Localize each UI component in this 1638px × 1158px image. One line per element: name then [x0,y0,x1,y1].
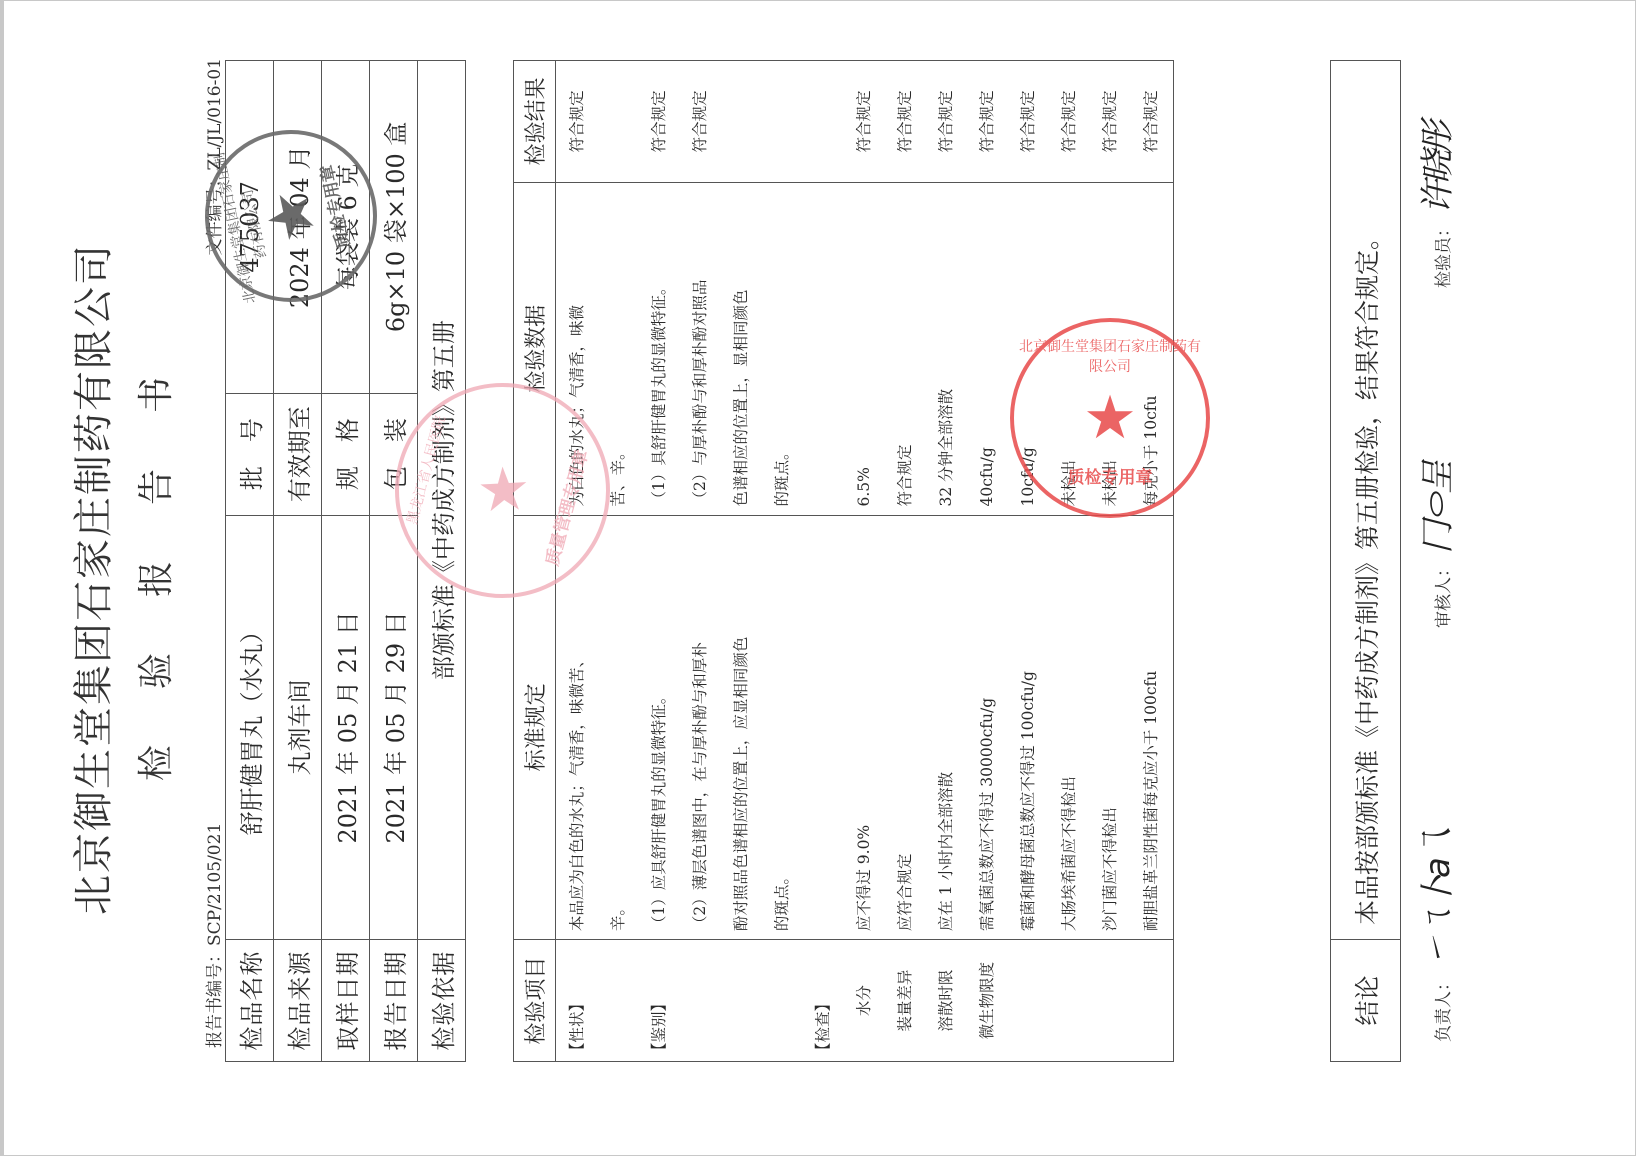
star-icon: ★ [467,457,539,524]
product-name-value: 舒肝健胃丸（水丸） [226,515,274,940]
company-title: 北京御生堂集团石家庄制药有限公司 [62,0,119,1158]
handwritten-signature: 冂㇣呈 [1418,464,1458,554]
standard-line: 应不得过 9.0% [844,517,885,932]
standard-line: 大肠埃希菌应不得检出 [1049,517,1090,932]
data-line: 符合规定 [885,184,926,507]
standard-line: 耐胆盐革兰阴性菌每克应小于 100cfu [1131,517,1172,932]
report-number-value: SCP/2105/021 [205,823,225,946]
title-char: 检 [136,745,177,781]
data-line: （1）具舒肝健胃丸的显微特征。 [639,184,680,507]
source-label: 检品来源 [274,940,322,1062]
inspector-label: 检验员： [1434,220,1454,288]
inspection-item: 溶散时限 [926,941,967,1060]
data-line: 32 分钟全部溶散 [926,184,967,507]
responsible-signature: 负责人：㇀ㄟ卜a乁 [1410,831,1459,1042]
inspection-item: 装量差异 [885,941,926,1060]
result-line: 符合规定 [639,62,680,181]
result-line: 符合规定 [1049,62,1090,181]
inspection-report-page: 北京御生堂集团石家庄制药有限公司 检验报告书 报告书编号：SCP/2105/02… [0,0,1638,1158]
standard-line: （2）薄层色谱图中，在与厚朴酚与和厚朴 [680,517,721,932]
result-line: 符合规定 [680,62,721,181]
inspector-signature: 检验员：许晓彤 [1410,124,1459,288]
star-icon: ★ [1083,388,1137,448]
reviewer-signature: 审核人：冂㇣呈 [1410,464,1459,628]
standard-line: 辛。 [598,517,639,932]
standard-line: 酚对照品色谱相应的位置上，应显相同颜色 [721,517,762,932]
result-line: 符合规定 [926,62,967,181]
header-item: 检验项目 [514,940,556,1062]
title-char: 书 [136,377,177,413]
conclusion-table: 结论 本品按部颁标准《中药成方制剂》第五册检验，结果符合规定。 [1330,60,1401,1062]
conclusion-text: 本品按部颁标准《中药成方制剂》第五册检验，结果符合规定。 [1331,61,1401,940]
reviewer-label: 审核人： [1434,560,1454,628]
inspection-item: 水分 [844,941,885,1060]
table-row: 结论 本品按部颁标准《中药成方制剂》第五册检验，结果符合规定。 [1331,61,1401,1062]
title-char: 告 [136,469,177,505]
result-line: 符合规定 [1090,62,1131,181]
conclusion-label: 结论 [1331,940,1401,1062]
spec-label: 规 格 [322,393,370,515]
report-date-label: 报告日期 [370,940,418,1062]
result-cell: 符合规定 符合规定 符合规定 符合规定 符合规定 符合规定 符合规定 符合规定 … [556,61,1174,183]
standard-line: （1）应具舒肝健胃丸的显微特征。 [639,517,680,932]
data-line: （2）与厚朴酚与和厚朴酚对照品 [680,184,721,507]
seal-base-text: 质检专用章 [1014,463,1206,488]
data-line: 40cfu/g [967,184,1008,507]
title-char: 报 [136,561,177,597]
test-items-table: 检验项目 标准规定 检验数据 检验结果 【性状】 【鉴别】 【检查】 水分 装量… [513,60,1174,1062]
standard-cell: 本品应为白色的水丸；气清香，味微苦、 辛。 （1）应具舒肝健胃丸的显微特征。 （… [556,515,1174,940]
seal-ring-text: 北京御生堂集团石家庄制药有限公司 [1014,336,1206,376]
handwritten-signature: 许晓彤 [1418,124,1458,214]
result-line: 符合规定 [844,62,885,181]
section-appearance: 【性状】 [557,941,598,1060]
data-line: 的斑点。 [762,184,803,507]
result-line: 符合规定 [557,62,598,181]
package-value: 6g×10 袋×100 盒 [370,61,418,394]
data-line: 6.5% [844,184,885,507]
standard-line: 霉菌和酵母菌总数应不得过 100cfu/g [1008,517,1049,932]
source-value: 丸剂车间 [274,515,322,940]
sampling-date-value: 2021 年 05 月 21 日 [322,515,370,940]
result-line: 符合规定 [1131,62,1172,181]
header-result: 检验结果 [514,61,556,183]
result-line: 符合规定 [967,62,1008,181]
result-line: 符合规定 [885,62,926,181]
report-number: 报告书编号：SCP/2105/021 [200,823,225,1048]
red-seal-stamp: 北京御生堂集团石家庄制药有限公司 ★ 质检专用章 [1010,318,1210,518]
responsible-label: 负责人： [1434,974,1454,1042]
standard-line: 沙门菌应不得检出 [1090,517,1131,932]
basis-label: 检验依据 [418,940,466,1062]
standard-line: 应符合规定 [885,517,926,932]
standard-line: 应在 1 小时内全部溶散 [926,517,967,932]
handwritten-signature: ㇀ㄟ卜a乁 [1418,831,1458,968]
title-char: 验 [136,653,177,689]
report-number-label: 报告书编号： [205,946,225,1048]
batch-no-label: 批 号 [226,393,274,515]
table-row: 【性状】 【鉴别】 【检查】 水分 装量差异 溶散时限 微生物限度 本品应为白色… [556,61,1174,1062]
result-line: 符合规定 [1008,62,1049,181]
report-date-value: 2021 年 05 月 29 日 [370,515,418,940]
data-line: 色谱相应的位置上，显相同颜色 [721,184,762,507]
item-cell: 【性状】 【鉴别】 【检查】 水分 装量差异 溶散时限 微生物限度 [556,940,1174,1062]
standard-line: 需氧菌总数应不得过 30000cfu/g [967,517,1008,932]
report-type-title: 检验报告书 [128,0,179,1158]
sampling-date-label: 取样日期 [322,940,370,1062]
inspection-item: 微生物限度 [967,941,1008,1060]
section-inspection: 【检查】 [803,941,844,1060]
standard-line: 的斑点。 [762,517,803,932]
product-name-label: 检品名称 [226,940,274,1062]
expiry-label: 有效期至 [274,393,322,515]
section-identification: 【鉴别】 [639,941,680,1060]
